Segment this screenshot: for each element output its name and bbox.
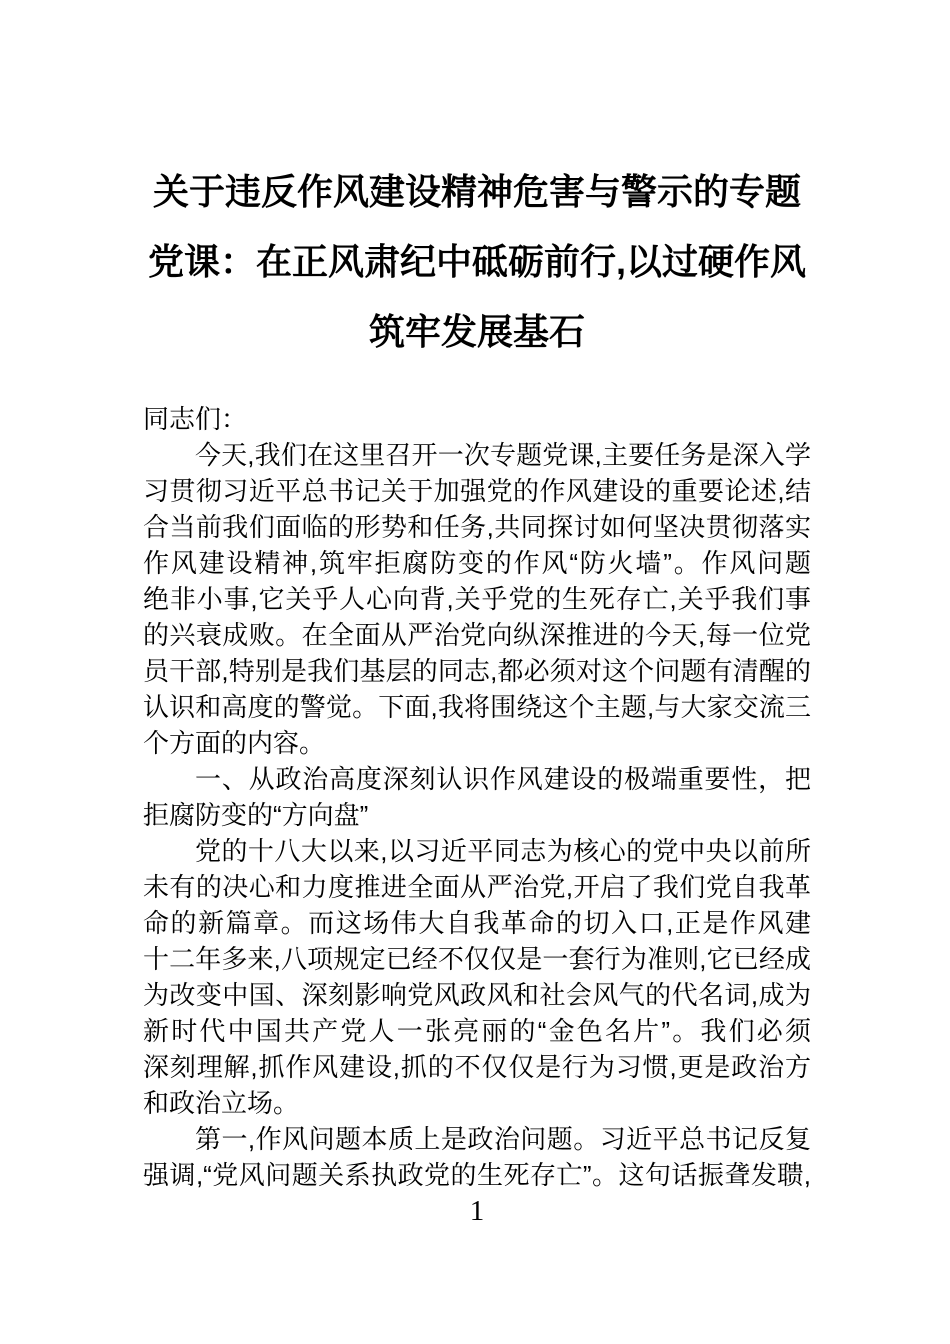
body-line: 新时代中国共产党人一张亮丽的“金色名片”。我们必须 bbox=[143, 1013, 811, 1049]
body-line: 为改变中国、深刻影响党风政风和社会风气的代名词,成为 bbox=[143, 977, 811, 1013]
body-line: 同志们： bbox=[143, 401, 811, 437]
document-title: 关于违反作风建设精神危害与警示的专题 党课：在正风肃纪中砥砺前行,以过硬作风 筑… bbox=[143, 157, 811, 367]
body-line: 作风建设精神,筑牢拒腐防变的作风“防火墙”。作风问题 bbox=[143, 545, 811, 581]
document-page: 关于违反作风建设精神危害与警示的专题 党课：在正风肃纪中砥砺前行,以过硬作风 筑… bbox=[0, 0, 950, 1344]
body-line: 十二年多来,八项规定已经不仅仅是一套行为准则,它已经成 bbox=[143, 941, 811, 977]
body-line: 的兴衰成败。在全面从严治党向纵深推进的今天,每一位党 bbox=[143, 617, 811, 653]
title-line: 党课：在正风肃纪中砥砺前行,以过硬作风 bbox=[143, 227, 811, 297]
body-line: 员干部,特别是我们基层的同志,都必须对这个问题有清醒的 bbox=[143, 653, 811, 689]
section-heading-line: 一、从政治高度深刻认识作风建设的极端重要性，把准 bbox=[143, 761, 811, 797]
title-line: 关于违反作风建设精神危害与警示的专题 bbox=[143, 157, 811, 227]
body-line: 深刻理解,抓作风建设,抓的不仅仅是行为习惯,更是政治方向 bbox=[143, 1049, 811, 1085]
body-line: 命的新篇章。而这场伟大自我革命的切入口,正是作风建设。 bbox=[143, 905, 811, 941]
body-line: 第一,作风问题本质上是政治问题。习近平总书记反复 bbox=[143, 1121, 811, 1157]
title-line: 筑牢发展基石 bbox=[143, 297, 811, 367]
body-line: 强调,“党风问题关系执政党的生死存亡”。这句话振聋发聩, bbox=[143, 1157, 811, 1193]
body-line: 合当前我们面临的形势和任务,共同探讨如何坚决贯彻落实 bbox=[143, 509, 811, 545]
page-number: 1 bbox=[143, 1193, 811, 1229]
body-line: 未有的决心和力度推进全面从严治党,开启了我们党自我革 bbox=[143, 869, 811, 905]
body-line: 绝非小事,它关乎人心向背,关乎党的生死存亡,关乎我们事业 bbox=[143, 581, 811, 617]
section-heading-line: 拒腐防变的“方向盘” bbox=[143, 797, 811, 833]
body-line: 今天,我们在这里召开一次专题党课,主要任务是深入学 bbox=[143, 437, 811, 473]
body-line: 习贯彻习近平总书记关于加强党的作风建设的重要论述,结 bbox=[143, 473, 811, 509]
body-line: 和政治立场。 bbox=[143, 1085, 811, 1121]
body-line: 党的十八大以来,以习近平同志为核心的党中央以前所 bbox=[143, 833, 811, 869]
body-line: 个方面的内容。 bbox=[143, 725, 811, 761]
document-content: 关于违反作风建设精神危害与警示的专题 党课：在正风肃纪中砥砺前行,以过硬作风 筑… bbox=[0, 0, 950, 1193]
document-body: 同志们： 今天,我们在这里召开一次专题党课,主要任务是深入学 习贯彻习近平总书记… bbox=[143, 401, 811, 1193]
body-line: 认识和高度的警觉。下面,我将围绕这个主题,与大家交流三 bbox=[143, 689, 811, 725]
